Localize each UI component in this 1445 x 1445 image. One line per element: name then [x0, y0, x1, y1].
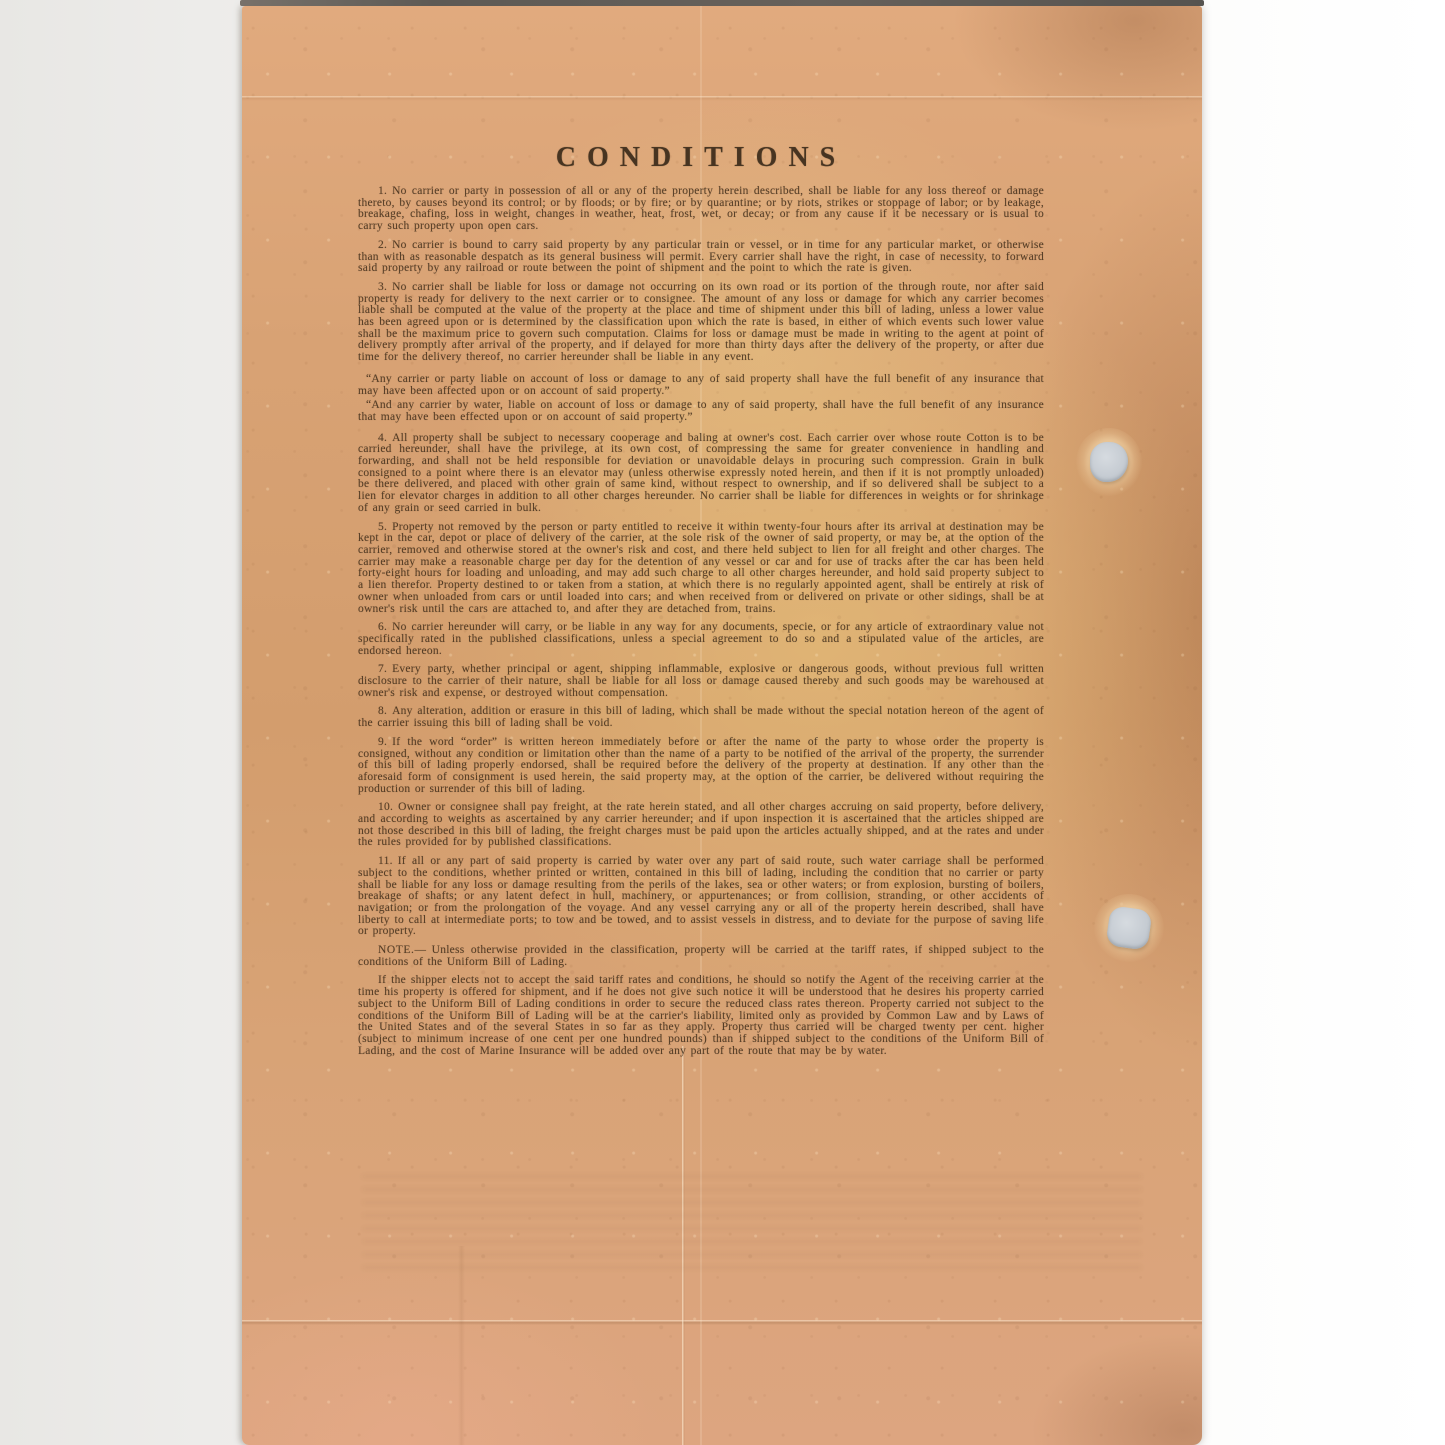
condition-paragraph-9: 9.If the word “order” is written hereon … [358, 737, 1044, 796]
paragraph-text: All property shall be subject to necessa… [358, 432, 1044, 514]
paragraph-number: 4. [378, 432, 392, 444]
paragraph-number: 11. [378, 855, 398, 867]
fold-crease-bottom [242, 1320, 1202, 1325]
paragraph-text: Every party, whether principal or agent,… [358, 663, 1044, 698]
condition-paragraph-3: 3.No carrier shall be liable for loss or… [358, 282, 1044, 364]
condition-paragraph-6: 6.No carrier hereunder will carry, or be… [358, 622, 1044, 657]
condition-paragraph-10: 10.Owner or consignee shall pay freight,… [358, 802, 1044, 849]
condition-paragraph-7: 7.Every party, whether principal or agen… [358, 664, 1044, 699]
insurance-clause-1: “Any carrier or party liable on account … [358, 374, 1044, 397]
fold-crease-vertical-left [458, 1246, 465, 1445]
note-clause: NOTE.—Unless otherwise provided in the c… [358, 945, 1044, 968]
ink-bleed-through [362, 1174, 1142, 1274]
conditions-text-block: CONDITIONS 1.No carrier or party in poss… [358, 6, 1044, 1064]
condition-paragraph-1: 1.No carrier or party in possession of a… [358, 186, 1044, 233]
scan-background: CONDITIONS 1.No carrier or party in poss… [0, 0, 1445, 1445]
punch-hole-opening [1105, 905, 1152, 950]
paragraph-number: 5. [378, 521, 392, 533]
condition-paragraph-4: 4.All property shall be subject to neces… [358, 433, 1044, 515]
paragraph-text: “And any carrier by water, liable on acc… [358, 399, 1044, 423]
paragraph-number: 3. [378, 281, 392, 293]
paragraph-text: Unless otherwise provided in the classif… [358, 944, 1044, 968]
punch-hole-bottom [1108, 908, 1150, 948]
paragraph-number: 10. [378, 801, 398, 813]
paragraph-number: 6. [378, 621, 392, 633]
paragraph-text: No carrier or party in possession of all… [358, 185, 1044, 232]
insurance-clause-2: “And any carrier by water, liable on acc… [358, 400, 1044, 423]
paragraph-text: If all or any part of said property is c… [358, 855, 1044, 937]
condition-paragraph-8: 8.Any alteration, addition or erasure in… [358, 706, 1044, 729]
paragraph-text: No carrier shall be liable for loss or d… [358, 281, 1044, 363]
condition-paragraph-5: 5.Property not removed by the person or … [358, 522, 1044, 616]
page-title: CONDITIONS [358, 142, 1044, 174]
paragraph-number: 2. [378, 239, 392, 251]
paragraph-text: No carrier is bound to carry said proper… [358, 239, 1044, 274]
paragraph-text: No carrier hereunder will carry, or be l… [358, 621, 1044, 656]
paragraph-text: Property not removed by the person or pa… [358, 521, 1044, 615]
paragraph-text: Owner or consignee shall pay freight, at… [358, 801, 1044, 848]
paragraph-text: Any alteration, addition or erasure in t… [358, 705, 1044, 729]
paragraph-number: 8. [378, 705, 392, 717]
condition-paragraph-2: 2.No carrier is bound to carry said prop… [358, 240, 1044, 275]
tariff-clause: If the shipper elects not to accept the … [358, 975, 1044, 1057]
paragraph-text: “Any carrier or party liable on account … [358, 373, 1044, 397]
punch-hole-top [1090, 442, 1128, 482]
paragraph-number: 1. [378, 185, 392, 197]
condition-paragraph-11: 11.If all or any part of said property i… [358, 856, 1044, 938]
paragraph-text: If the word “order” is written hereon im… [358, 736, 1044, 795]
note-label: NOTE.— [378, 944, 432, 956]
paragraph-number: 7. [378, 663, 392, 675]
paragraph-number: 9. [378, 736, 392, 748]
paragraph-text: If the shipper elects not to accept the … [358, 974, 1044, 1056]
document-paper: CONDITIONS 1.No carrier or party in poss… [242, 6, 1202, 1445]
